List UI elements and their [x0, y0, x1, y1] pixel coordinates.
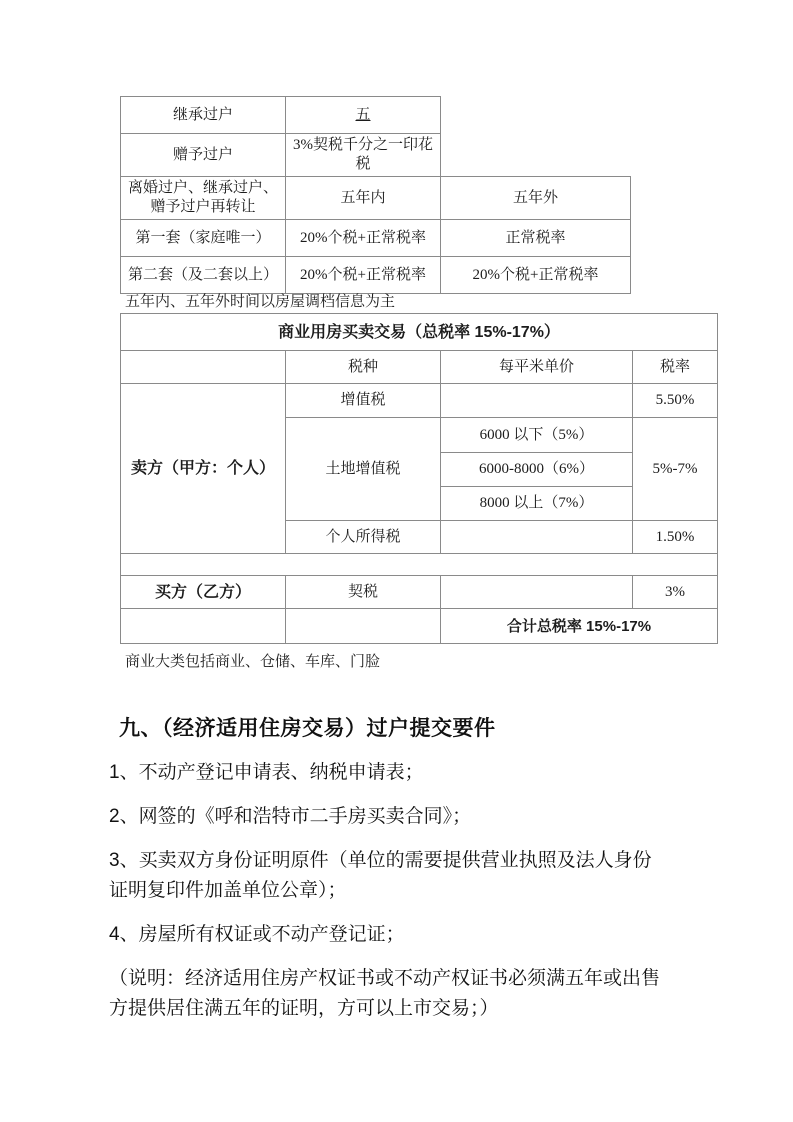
- residential-transfer-table: 继承过户 五 赠予过户 3%契税千分之一印花税 离婚过户、继承过户、赠予过户再转…: [120, 96, 631, 294]
- first-home-beyond-cell: 正常税率: [441, 220, 631, 257]
- empty-cell: [441, 521, 633, 554]
- section-heading: 九、（经济适用住房交易）过户提交要件: [119, 712, 496, 742]
- income-tax-name-cell: 个人所得税: [286, 521, 441, 554]
- spacer-cell: [121, 554, 718, 576]
- land-vat-rate-cell: 5%-7%: [633, 418, 718, 521]
- income-tax-rate-cell: 1.50%: [633, 521, 718, 554]
- land-vat-tier3-cell: 8000 以上（7%）: [441, 487, 633, 521]
- first-home-label-cell: 第一套（家庭唯一）: [121, 220, 286, 257]
- table-row: 卖方（甲方：个人） 增值税 5.50%: [121, 384, 718, 418]
- empty-cell: [121, 609, 286, 644]
- requirement-item-4: 4、房屋所有权证或不动产登记证；: [109, 920, 669, 950]
- empty-cell: [441, 576, 633, 609]
- seller-label-cell: 卖方（甲方：个人）: [121, 384, 286, 554]
- resale-label-cell: 离婚过户、继承过户、赠予过户再转让: [121, 177, 286, 220]
- vat-name-cell: 增值税: [286, 384, 441, 418]
- empty-open-cell: [441, 97, 631, 177]
- table-row: 买方（乙方） 契税 3%: [121, 576, 718, 609]
- deed-tax-rate-cell: 3%: [633, 576, 718, 609]
- commercial-transaction-table: 商业用房买卖交易（总税率 15%-17%） 税种 每平米单价 税率 卖方（甲方：…: [120, 313, 718, 644]
- gift-transfer-value-cell: 3%契税千分之一印花税: [286, 134, 441, 177]
- buyer-label-cell: 买方（乙方）: [121, 576, 286, 609]
- table2-title-cell: 商业用房买卖交易（总税率 15%-17%）: [121, 314, 718, 351]
- second-home-beyond-cell: 20%个税+正常税率: [441, 257, 631, 294]
- first-home-within-cell: 20%个税+正常税率: [286, 220, 441, 257]
- table-row: 合计总税率 15%-17%: [121, 609, 718, 644]
- requirement-item-2: 2、网签的《呼和浩特市二手房买卖合同》；: [109, 802, 669, 832]
- note-paragraph: （说明：经济适用住房产权证书或不动产权证书必须满五年或出售方提供居住满五年的证明…: [109, 964, 669, 1024]
- deed-tax-name-cell: 契税: [286, 576, 441, 609]
- table-row: 商业用房买卖交易（总税率 15%-17%）: [121, 314, 718, 351]
- requirement-item-3: 3、买卖双方身份证明原件（单位的需要提供营业执照及法人身份证明复印件加盖单位公章…: [109, 846, 669, 906]
- unit-price-header-cell: 每平米单价: [441, 351, 633, 384]
- document-page: 继承过户 五 赠予过户 3%契税千分之一印花税 离婚过户、继承过户、赠予过户再转…: [0, 0, 793, 1122]
- within-5yr-header-cell: 五年内: [286, 177, 441, 220]
- total-rate-cell: 合计总税率 15%-17%: [441, 609, 718, 644]
- table-row: 第一套（家庭唯一） 20%个税+正常税率 正常税率: [121, 220, 631, 257]
- underlined-value: 五: [355, 107, 370, 123]
- table2-footnote: 商业大类包括商业、仓储、车库、门脸: [125, 650, 380, 671]
- beyond-5yr-header-cell: 五年外: [441, 177, 631, 220]
- land-vat-tier1-cell: 6000 以下（5%）: [441, 418, 633, 453]
- empty-cell: [441, 384, 633, 418]
- empty-cell: [286, 609, 441, 644]
- rate-header-cell: 税率: [633, 351, 718, 384]
- table-row: 第二套（及二套以上） 20%个税+正常税率 20%个税+正常税率: [121, 257, 631, 294]
- requirements-list: 1、不动产登记申请表、纳税申请表； 2、网签的《呼和浩特市二手房买卖合同》； 3…: [109, 758, 669, 1038]
- second-home-within-cell: 20%个税+正常税率: [286, 257, 441, 294]
- land-vat-name-cell: 土地增值税: [286, 418, 441, 521]
- spacer-row: [121, 554, 718, 576]
- inherit-transfer-value-cell: 五: [286, 97, 441, 134]
- second-home-label-cell: 第二套（及二套以上）: [121, 257, 286, 294]
- table-row: 离婚过户、继承过户、赠予过户再转让 五年内 五年外: [121, 177, 631, 220]
- table-row: 税种 每平米单价 税率: [121, 351, 718, 384]
- inherit-transfer-label-cell: 继承过户: [121, 97, 286, 134]
- empty-cell: [121, 351, 286, 384]
- table-row: 继承过户 五: [121, 97, 631, 134]
- gift-transfer-label-cell: 赠予过户: [121, 134, 286, 177]
- land-vat-tier2-cell: 6000-8000（6%）: [441, 453, 633, 487]
- requirement-item-1: 1、不动产登记申请表、纳税申请表；: [109, 758, 669, 788]
- tax-type-header-cell: 税种: [286, 351, 441, 384]
- table1-footnote: 五年内、五年外时间以房屋调档信息为主: [125, 290, 395, 311]
- vat-rate-cell: 5.50%: [633, 384, 718, 418]
